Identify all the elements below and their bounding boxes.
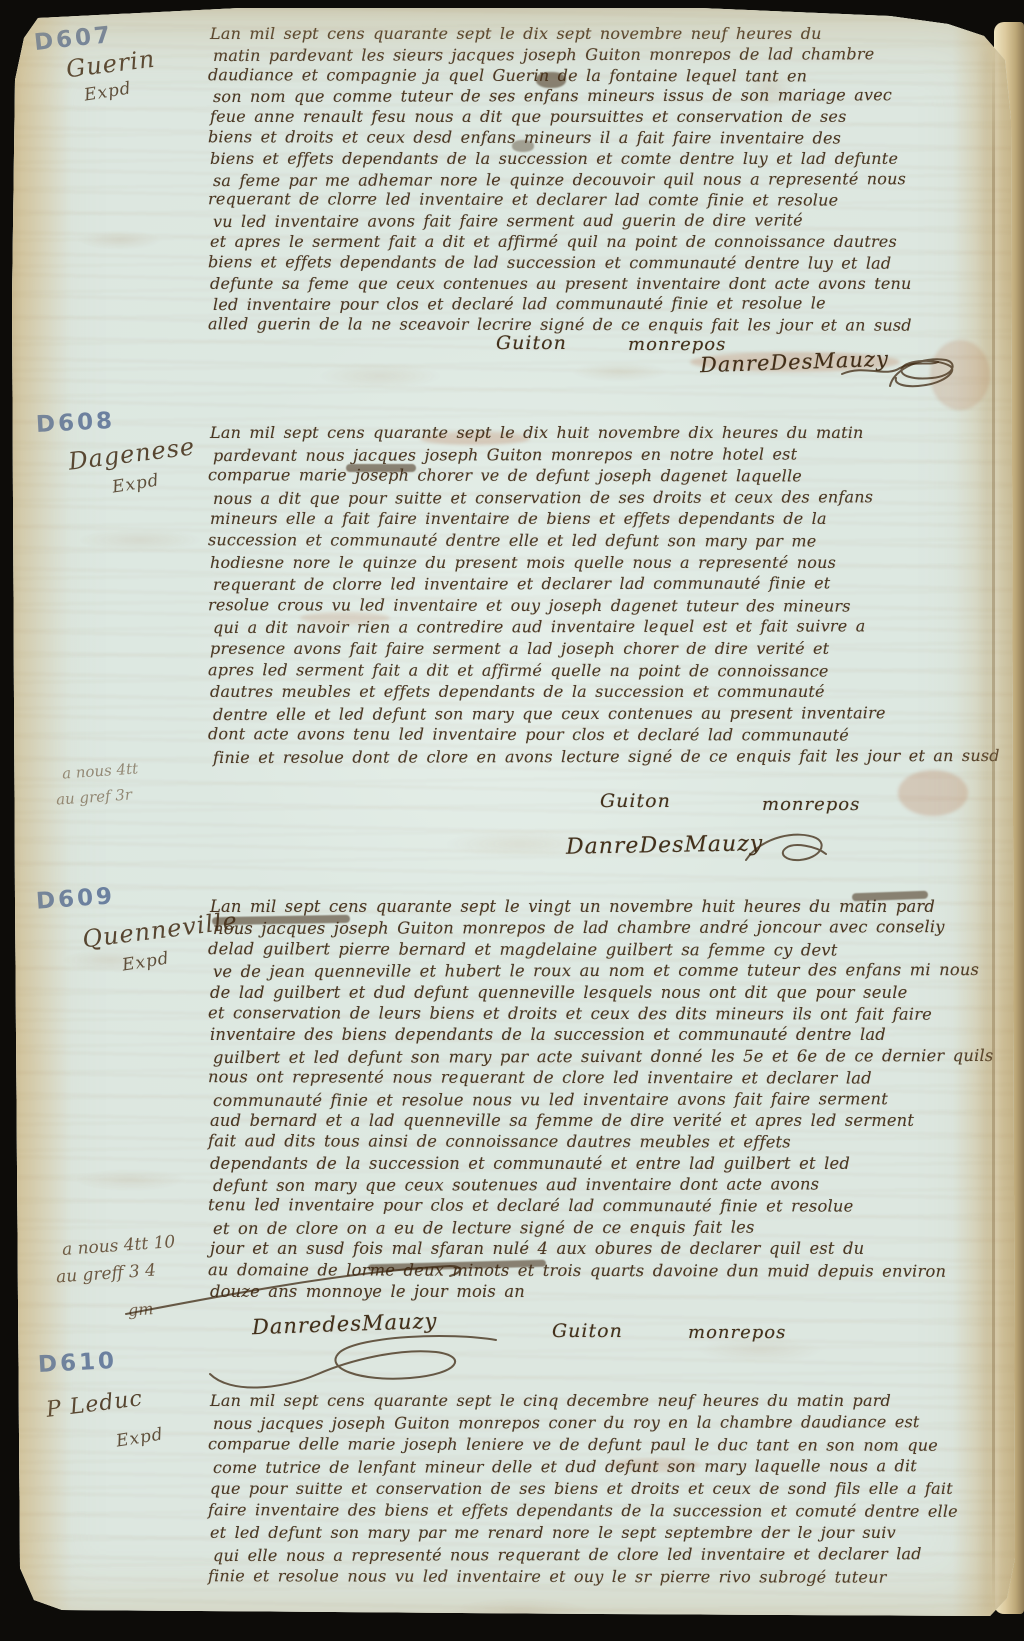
ink-blot: [536, 72, 566, 88]
register-entry-d609: D609 Quenneville Expd a nous 4tt 10 au g…: [0, 0, 1024, 1641]
margin-expedition-note: Expd: [83, 78, 133, 105]
manuscript-scan-viewer: D607 Guerin Expd Lan mil sept cens quara…: [0, 0, 1024, 1641]
manuscript-page: D607 Guerin Expd Lan mil sept cens quara…: [0, 0, 1024, 1641]
ink-offset-stain: [690, 352, 900, 372]
register-entry-d607: D607 Guerin Expd Lan mil sept cens quara…: [0, 0, 1024, 1641]
signature-monrepos: monrepos: [688, 1322, 786, 1343]
signature-monrepos: monrepos: [628, 334, 726, 355]
ink-offset-stain: [300, 612, 390, 624]
signature-guiton: Guiton: [600, 790, 671, 812]
register-entry-d608: D608 Dagenese Expd a nous 4tt au gref 3r…: [0, 0, 1024, 1641]
ink-offset-stain: [610, 1458, 700, 1472]
signature-guiton: Guiton: [496, 332, 567, 354]
signature-monrepos: monrepos: [762, 794, 860, 815]
ink-offset-stain: [898, 770, 968, 816]
registry-number: D610: [37, 1348, 117, 1378]
strikethrough-mark: [212, 915, 350, 925]
fee-note-line: au greff 3 4: [55, 1261, 156, 1288]
ink-offset-stain: [420, 432, 530, 445]
fee-note-initials: gm: [127, 1299, 154, 1320]
margin-party-name: Quenneville: [81, 907, 239, 954]
strikethrough-mark: [852, 891, 928, 902]
margin-expedition-note: Expd: [115, 1424, 165, 1451]
ink-offset-stain: [930, 340, 990, 410]
registry-number: D607: [33, 22, 114, 56]
signature-danre-desmauzy: DanreDesMauzy: [700, 347, 890, 378]
signature-flourish: [742, 826, 832, 870]
fee-note-line: a nous 4tt: [61, 759, 138, 782]
margin-expedition-note: Expd: [121, 948, 171, 975]
strikethrough-mark: [368, 1260, 546, 1272]
margin-expedition-note: Expd: [111, 470, 161, 497]
registry-number: D609: [35, 883, 116, 914]
ink-bleedthrough-texture: [0, 0, 1024, 1641]
margin-party-name: Dagenese: [67, 432, 197, 475]
fee-note-line: au gref 3r: [55, 785, 132, 808]
act-body-text: Lan mil sept cens quarante sept le cinq …: [210, 1390, 980, 1588]
signature-danre-desmauzy: DanreDesMauzy: [566, 831, 764, 859]
register-entry-d610: D610 P Leduc Expd Lan mil sept cens quar…: [0, 0, 1024, 1641]
signature-guiton: Guiton: [552, 1320, 623, 1342]
margin-party-name: P Leduc: [45, 1386, 144, 1423]
signature-flourish: [200, 1330, 500, 1400]
margin-swoosh-flourish: [120, 1258, 470, 1318]
paper-crease: [992, 50, 995, 1610]
act-body-text: Lan mil sept cens quarante sept le vingt…: [210, 896, 988, 1302]
ink-blot: [512, 140, 534, 152]
act-body-text: Lan mil sept cens quarante sept le dix s…: [210, 24, 980, 336]
fee-note-line: a nous 4tt 10: [61, 1232, 175, 1260]
signature-flourish: [840, 356, 940, 382]
margin-party-name: Guerin: [65, 45, 157, 84]
strikethrough-mark: [346, 464, 416, 472]
registry-number: D608: [35, 408, 115, 438]
act-body-text: Lan mil sept cens quarante sept le dix h…: [210, 422, 980, 768]
pen-scribble: [884, 350, 962, 398]
signature-danre-desmauzy: DanredesMauzy: [252, 1309, 438, 1339]
